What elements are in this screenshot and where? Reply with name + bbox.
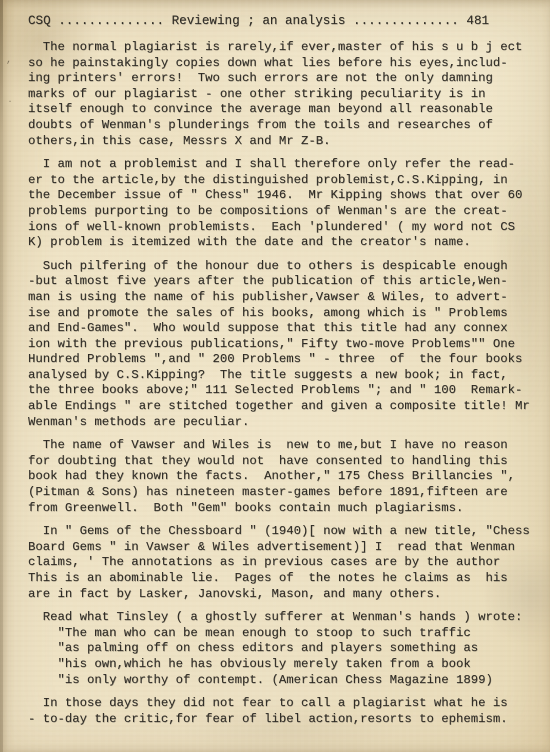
journal-abbrev: CSQ [28, 14, 51, 28]
paragraph-kipping-article: I am not a problemist and I shall theref… [28, 157, 540, 251]
paragraph-tinsley-quote: Read what Tinsley ( a ghostly sufferer a… [28, 610, 540, 688]
page-header: CSQ .............. Reviewing ; an analys… [28, 13, 540, 29]
paragraph-closing: In those days they did not fear to call … [28, 696, 540, 727]
page-left-edge [0, 0, 3, 752]
paragraph-gems-of-the-chessboard: In " Gems of the Chessboard " (1940)[ no… [28, 524, 540, 602]
paragraph-normal-plagiarist: The normal plagiarist is rarely,if ever,… [28, 40, 540, 149]
margin-ink-mark: , [6, 56, 12, 66]
header-dots-right: .............. [353, 14, 459, 28]
page-title: Reviewing ; an analysis [172, 14, 346, 28]
document-body: The normal plagiarist is rarely,if ever,… [28, 40, 540, 727]
scanned-page: , . CSQ .............. Reviewing ; an an… [0, 0, 550, 752]
margin-ink-mark: . [8, 97, 13, 105]
document-content: CSQ .............. Reviewing ; an analys… [28, 13, 540, 735]
page-number: 481 [466, 14, 489, 28]
paragraph-pilfering-vawser-wiles: Such pilfering of the honour due to othe… [28, 259, 540, 431]
paragraph-chess-brillancies: The name of Vawser and Wiles is new to m… [28, 438, 540, 516]
header-dots-left: .............. [58, 14, 164, 28]
